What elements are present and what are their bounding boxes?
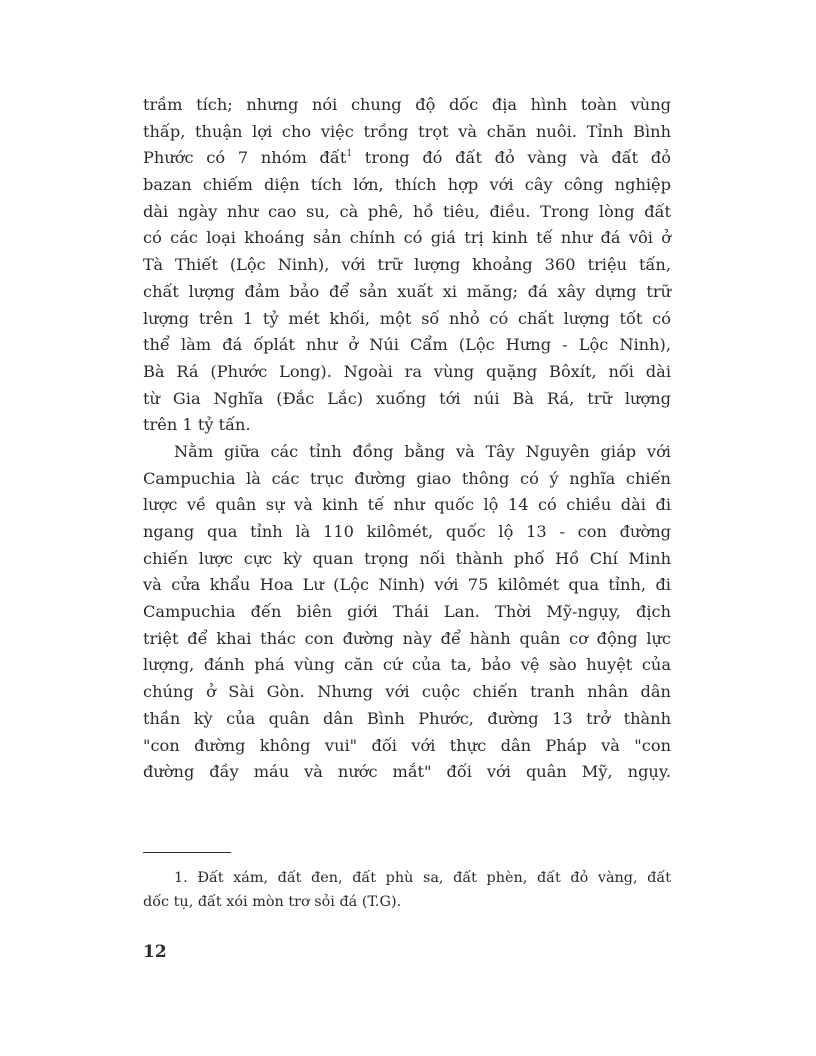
text-line: dài ngày như cao su, cà phê, hồ tiêu, đi… [143,199,671,226]
text-line: lược về quân sự và kinh tế như quốc lộ 1… [143,492,671,519]
text-line: bazan chiếm diện tích lớn, thích hợp với… [143,172,671,199]
text-line-with-footnote-ref: Phước có 7 nhóm đất1 trong đó đất đỏ vàn… [143,145,671,172]
paragraph-2: Nằm giữa các tỉnh đồng bằng và Tây Nguyê… [143,439,671,786]
text-line: thấp, thuận lợi cho việc trồng trọt và c… [143,119,671,146]
text-line: "con đường không vui" đối với thực dân P… [143,733,671,760]
text-line: Tà Thiết (Lộc Ninh), với trữ lượng khoản… [143,252,671,279]
text-line: đường đầy máu và nước mắt" đối với quân … [143,759,671,786]
paragraph-1: trầm tích; nhưng nói chung độ dốc địa hì… [143,92,671,439]
text-line: thể làm đá ốplát như ở Núi Cẩm (Lộc Hưng… [143,332,671,359]
text-line: trầm tích; nhưng nói chung độ dốc địa hì… [143,92,671,119]
text-line: trên 1 tỷ tấn. [143,412,671,439]
text-line: chất lượng đảm bảo để sản xuất xi măng; … [143,279,671,306]
text-segment: trong đó đất đỏ vàng và đất đỏ [352,148,671,167]
text-line: chúng ở Sài Gòn. Nhưng với cuộc chiến tr… [143,679,671,706]
text-line: Campuchia là các trục đường giao thông c… [143,466,671,493]
text-line: từ Gia Nghĩa (Đắc Lắc) xuống tới núi Bà … [143,386,671,413]
text-line: và cửa khẩu Hoa Lư (Lộc Ninh) với 75 kil… [143,572,671,599]
footnote-line: dốc tụ, đất xói mòn trơ sỏi đá (T.G). [143,890,671,914]
text-line: chiến lược cực kỳ quan trọng nối thành p… [143,546,671,573]
text-line: triệt để khai thác con đường này để hành… [143,626,671,653]
text-line: có các loại khoáng sản chính có giá trị … [143,225,671,252]
text-line: Campuchia đến biên giới Thái Lan. Thời M… [143,599,671,626]
text-line: Nằm giữa các tỉnh đồng bằng và Tây Nguyê… [143,439,671,466]
footnote-line: 1. Đất xám, đất đen, đất phù sa, đất phè… [143,866,671,890]
text-segment: Phước có 7 nhóm đất [143,148,346,167]
page-number: 12 [143,940,167,964]
text-line: Bà Rá (Phước Long). Ngoài ra vùng quặng … [143,359,671,386]
text-line: ngang qua tỉnh là 110 kilômét, quốc lộ 1… [143,519,671,546]
footnote: 1. Đất xám, đất đen, đất phù sa, đất phè… [143,866,671,914]
text-line: lượng, đánh phá vùng căn cứ của ta, bảo … [143,652,671,679]
document-body: trầm tích; nhưng nói chung độ dốc địa hì… [143,92,671,786]
footnote-separator-rule [143,852,231,853]
text-line: lượng trên 1 tỷ mét khối, một số nhỏ có … [143,306,671,333]
text-line: thần kỳ của quân dân Bình Phước, đường 1… [143,706,671,733]
